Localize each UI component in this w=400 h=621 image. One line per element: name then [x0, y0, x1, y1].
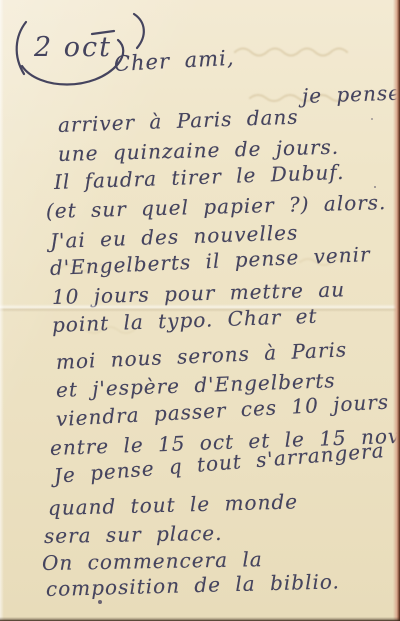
paper-edge-bottom: [0, 617, 400, 621]
date-annotation-text: 2 oct: [33, 32, 112, 63]
letter-line: On commencera la: [42, 547, 263, 575]
salutation: Cher ami,: [113, 46, 235, 76]
letter-line: Il faudra tirer le Dubuf.: [54, 160, 345, 194]
letter-line: quand tout le monde: [48, 489, 299, 520]
ink-speck: [374, 186, 376, 188]
letter-line: (et sur quel papier ?) alors.: [46, 190, 387, 223]
paper-edge-right: [393, 0, 400, 621]
fold-crease: [0, 304, 400, 312]
letter-line: je pense: [302, 81, 400, 108]
letter-page: 2 oct Cher ami, je pense arriver à Paris…: [0, 0, 400, 621]
letter-line: arriver à Paris dans: [58, 105, 299, 137]
ink-speck: [98, 600, 102, 604]
ink-speck: [371, 118, 373, 120]
paper-edge-left: [0, 0, 4, 621]
date-annotation-circle: 2 oct: [4, 6, 154, 92]
letter-line: sera sur place.: [44, 521, 223, 548]
